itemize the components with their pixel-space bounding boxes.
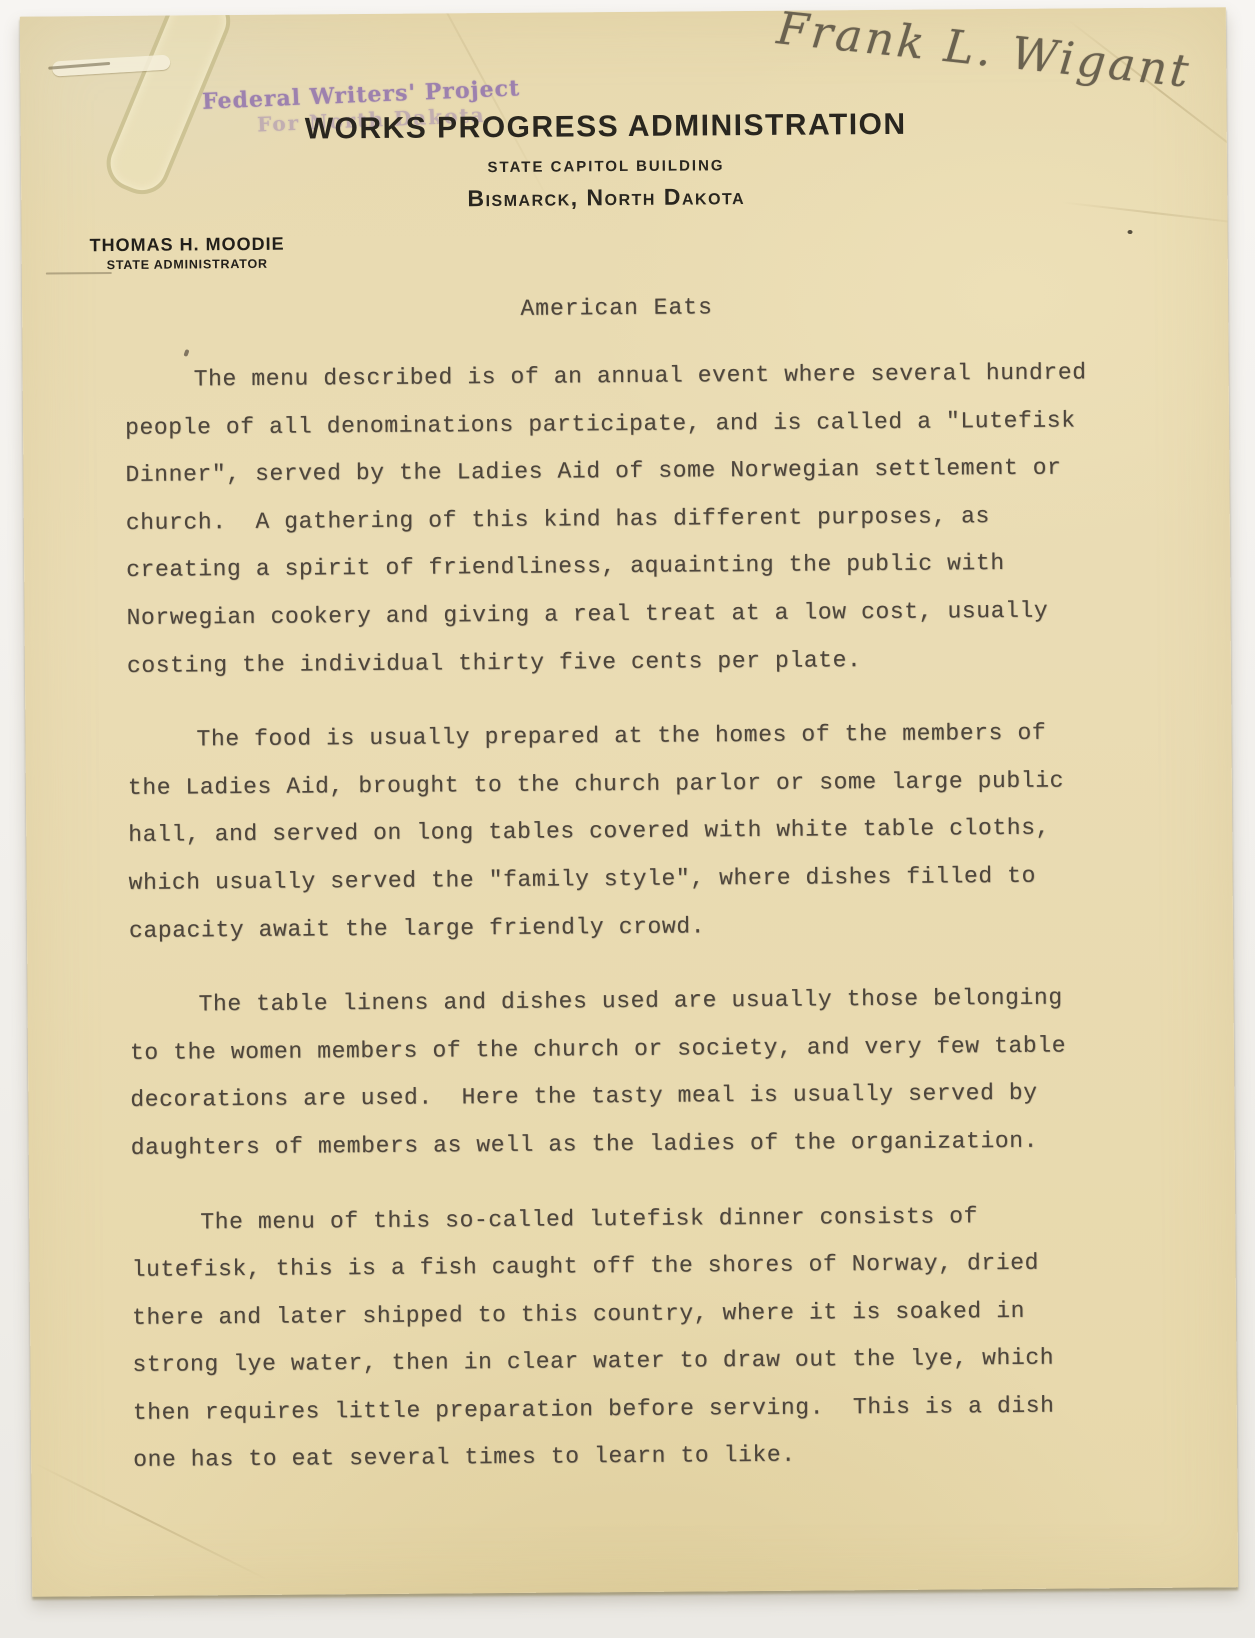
paragraph: The table linens and dishes used are usu… bbox=[129, 974, 1130, 1172]
paragraph: The menu of this so-called lutefisk dinn… bbox=[131, 1192, 1133, 1485]
typed-line: daughters of members as well as the ladi… bbox=[131, 1117, 1131, 1172]
typed-line: the Ladies Aid, brought to the church pa… bbox=[128, 757, 1128, 812]
typed-line: capacity await the large friendly crowd. bbox=[129, 900, 1129, 955]
typed-line: Norwegian cookery and giving a real trea… bbox=[126, 587, 1126, 642]
paragraph: The menu described is of an annual event… bbox=[124, 349, 1127, 690]
paper-sheet: Federal Writers' Project For North Dakot… bbox=[20, 7, 1238, 1596]
typed-line: then requires little preparation before … bbox=[133, 1382, 1133, 1437]
handwritten-signature: Frank L. Wigant bbox=[774, 7, 1193, 98]
scanned-document-page: { "colors": { "paper": "#e9dcb2", "ink":… bbox=[0, 0, 1255, 1638]
typed-line: strong lye water, then in clear water to… bbox=[132, 1334, 1132, 1389]
typed-line: The menu described is of an annual event… bbox=[124, 349, 1124, 404]
stray-pencil-dash bbox=[46, 272, 112, 275]
document-title: American Eats bbox=[124, 291, 1109, 325]
typed-line: Dinner", served by the Ladies Aid of som… bbox=[125, 444, 1125, 499]
typed-line: decorations are used. Here the tasty mea… bbox=[130, 1069, 1130, 1124]
letterhead: WORKS PROGRESS ADMINISTRATION STATE CAPI… bbox=[21, 106, 1192, 216]
administrator-name: THOMAS H. MOODIE bbox=[90, 234, 285, 257]
typed-line: lutefisk, this is a fish caught off the … bbox=[131, 1239, 1131, 1294]
typed-line: one has to eat several times to learn to… bbox=[133, 1430, 1133, 1485]
typed-line: The table linens and dishes used are usu… bbox=[129, 974, 1129, 1029]
paragraph: The food is usually prepared at the home… bbox=[127, 709, 1129, 955]
typed-line: The food is usually prepared at the home… bbox=[127, 709, 1127, 764]
letterhead-city: Bismarck, North Dakota bbox=[21, 180, 1191, 216]
typed-line: which usually served the "family style",… bbox=[128, 852, 1128, 907]
typed-line: people of all denominations participate,… bbox=[125, 397, 1125, 452]
typed-line: costing the individual thirty five cents… bbox=[127, 635, 1127, 690]
typed-line: hall, and served on long tables covered … bbox=[128, 804, 1128, 859]
letterhead-building: STATE CAPITOL BUILDING bbox=[21, 154, 1191, 180]
typed-line: The menu of this so-called lutefisk dinn… bbox=[131, 1192, 1131, 1247]
administrator-title: STATE ADMINISTRATOR bbox=[90, 257, 285, 273]
dark-speck bbox=[1128, 230, 1133, 234]
typed-line: church. A gathering of this kind has dif… bbox=[126, 492, 1126, 547]
typed-body: The menu described is of an annual event… bbox=[124, 349, 1133, 1485]
typed-line: to the women members of the church or so… bbox=[130, 1022, 1130, 1077]
typed-line: there and later shipped to this country,… bbox=[132, 1287, 1132, 1342]
typed-line: creating a spirit of friendliness, aquai… bbox=[126, 539, 1126, 594]
letterhead-organization: WORKS PROGRESS ADMINISTRATION bbox=[21, 106, 1191, 149]
administrator-block: THOMAS H. MOODIE STATE ADMINISTRATOR bbox=[90, 234, 285, 273]
